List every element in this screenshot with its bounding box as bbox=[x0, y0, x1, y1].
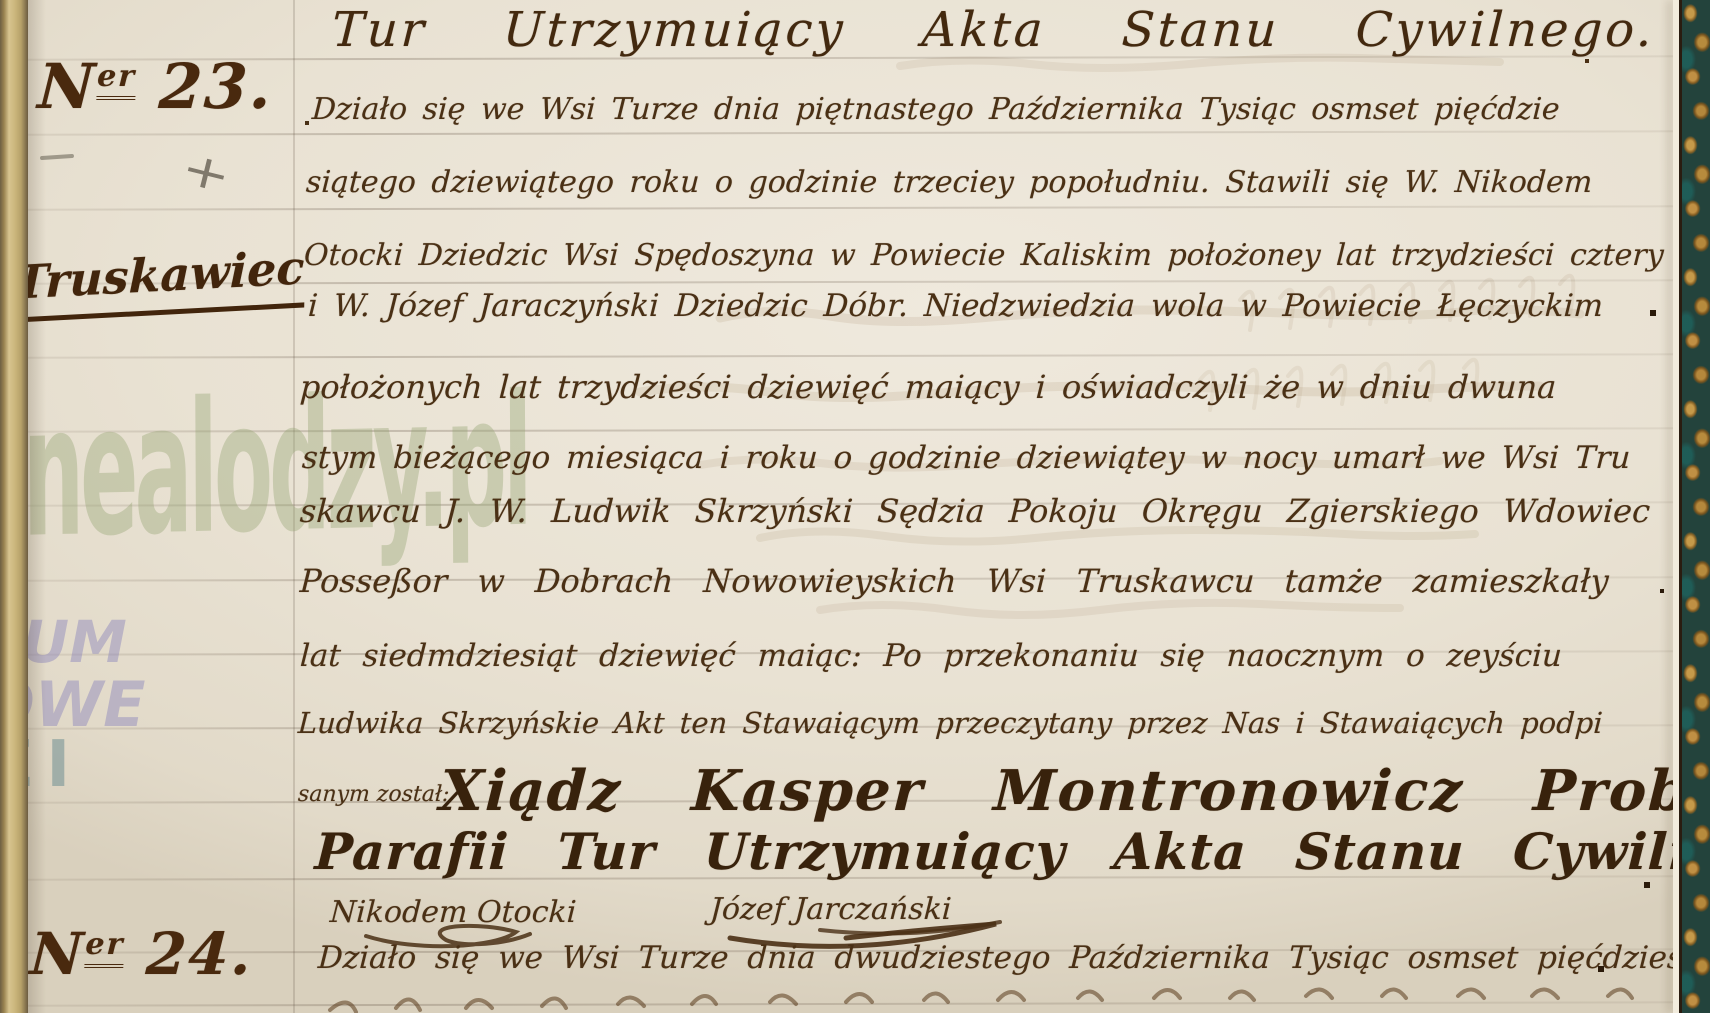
header-line: Tur Utrzymuiący Akta Stanu Cywilnego. bbox=[331, 2, 1657, 58]
ruled-line bbox=[22, 130, 1674, 135]
record-text-line: siątego dziewiątego roku o godzinie trze… bbox=[305, 165, 1593, 200]
pencil-cross-mark: + bbox=[176, 140, 236, 205]
number-ordinal: er bbox=[96, 59, 137, 100]
record-text-line: Działo się we Wsi Turze dnia piętnastego… bbox=[311, 92, 1561, 127]
marbled-book-binding bbox=[1682, 0, 1710, 1013]
witness-signature: Nikodem Otocki bbox=[329, 895, 577, 930]
closing-small-text: sanym został: bbox=[297, 782, 450, 807]
record-text-line: Posseßor w Dobrach Nowowieyskich Wsi Tru… bbox=[299, 562, 1610, 600]
priest-signature-line: Xiądz Kasper Montronowicz Proboszcz bbox=[438, 758, 1710, 824]
number-value: 24. bbox=[144, 920, 254, 988]
record-text-line: stym bieżącego miesiąca i roku o godzini… bbox=[301, 440, 1631, 476]
page-fold-edge bbox=[0, 0, 28, 1013]
ink-specks bbox=[0, 0, 2, 2]
record24-number: Ner 24. bbox=[28, 920, 255, 988]
number-value: 23. bbox=[157, 50, 275, 123]
document-page: { "document": { "type": "handwritten civ… bbox=[0, 0, 1710, 1013]
record-text-line: Ludwika Skrzyńskie Akt ten Stawaiącym pr… bbox=[297, 706, 1603, 740]
record-text-line: i W. Józef Jaraczyński Dziedzic Dóbr. Ni… bbox=[307, 288, 1604, 324]
record23-number: Ner 23. bbox=[36, 50, 275, 123]
page-fold-shadow bbox=[28, 0, 46, 1013]
record-text-line: Otocki Dziedzic Wsi Spędoszyna w Powieci… bbox=[303, 238, 1665, 273]
record23-place-name: Truskawiec bbox=[14, 240, 305, 322]
record-text-line: położonych lat trzydzieści dziewięć maią… bbox=[299, 368, 1557, 406]
witness-signature: Józef Jarczański bbox=[709, 892, 952, 927]
ruled-line bbox=[22, 205, 1674, 210]
record-text-line: skawcu J. W. Ludwik Skrzyński Sędzia Pok… bbox=[299, 492, 1651, 530]
ruled-line bbox=[22, 353, 1674, 358]
ruled-line bbox=[22, 1001, 1674, 1006]
closing-title-line: Parafii Tur Utrzymuiący Akta Stanu Cywil… bbox=[313, 822, 1710, 881]
number-ordinal: er bbox=[84, 927, 125, 968]
record-text-line: lat siedmdziesiąt dziewięć maiąc: Po prz… bbox=[299, 638, 1563, 674]
record-text-line: Działo się we Wsi Turze dnia dwudziesteg… bbox=[317, 940, 1694, 976]
